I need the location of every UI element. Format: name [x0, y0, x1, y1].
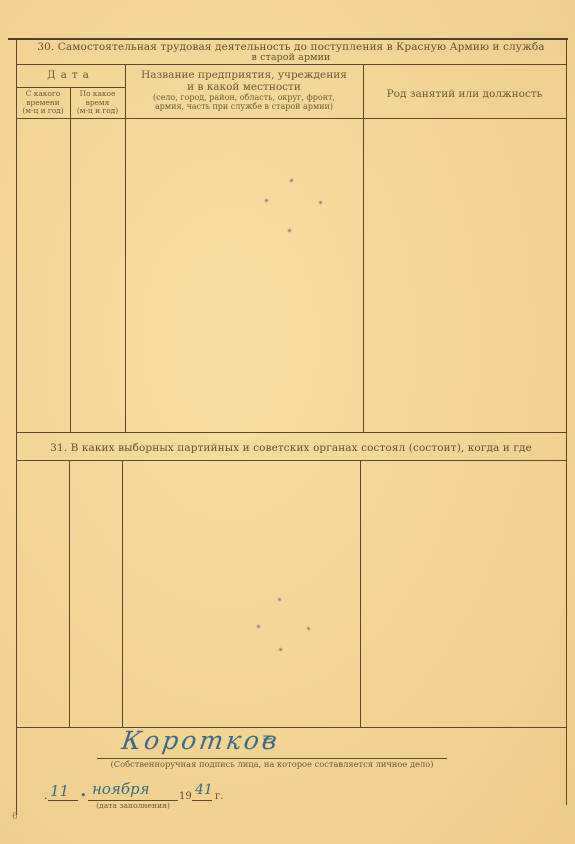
section-31-bottom-line [16, 727, 566, 728]
punch-mark [318, 200, 323, 205]
date-year-abbrev: г. [215, 791, 223, 802]
handwritten-signature: Коротков [120, 726, 282, 755]
section-30-title-line2: в старой армии [16, 53, 566, 63]
date-month-value: ноября [92, 780, 150, 798]
outer-right-border [566, 40, 567, 805]
date-filled-caption: (дата заполнения) [88, 802, 178, 810]
date-from-header: С какого времени (м-ц и год) [16, 90, 70, 116]
date-group-header: Дата [16, 70, 125, 82]
date-year-line[interactable] [192, 800, 212, 801]
signature-caption: (Собственноручная подпись лица, на котор… [97, 760, 447, 769]
punch-mark [256, 624, 261, 629]
date-day-line[interactable] [48, 800, 78, 801]
punch-mark [278, 647, 283, 652]
date-separator-dot: • [80, 789, 87, 802]
organization-header: Название предприятия, учреждения и в как… [125, 70, 363, 112]
punch-mark [277, 597, 282, 602]
page-number: 6 [12, 812, 18, 822]
section-31-title: 31. В каких выборных партийных и советск… [16, 443, 566, 455]
punch-mark [264, 198, 269, 203]
section-31-body[interactable] [17, 461, 566, 726]
section-30-body[interactable] [17, 119, 566, 431]
date-leading-dot: . [44, 789, 48, 802]
punch-mark [289, 178, 294, 183]
header-top-line [16, 64, 566, 65]
signature-flourish: = [262, 730, 274, 746]
date-year-prefix: 19 [179, 791, 192, 802]
date-to-header: По какое время (м-ц и год) [70, 90, 125, 116]
punch-mark [287, 228, 292, 233]
punch-mark [306, 626, 311, 631]
date-day-value: 11 [50, 782, 69, 800]
date-year-suffix: 41 [195, 782, 213, 798]
top-rule [8, 38, 568, 40]
occupation-header: Род занятий или должность [363, 89, 566, 101]
section-31-top-line [16, 432, 566, 433]
